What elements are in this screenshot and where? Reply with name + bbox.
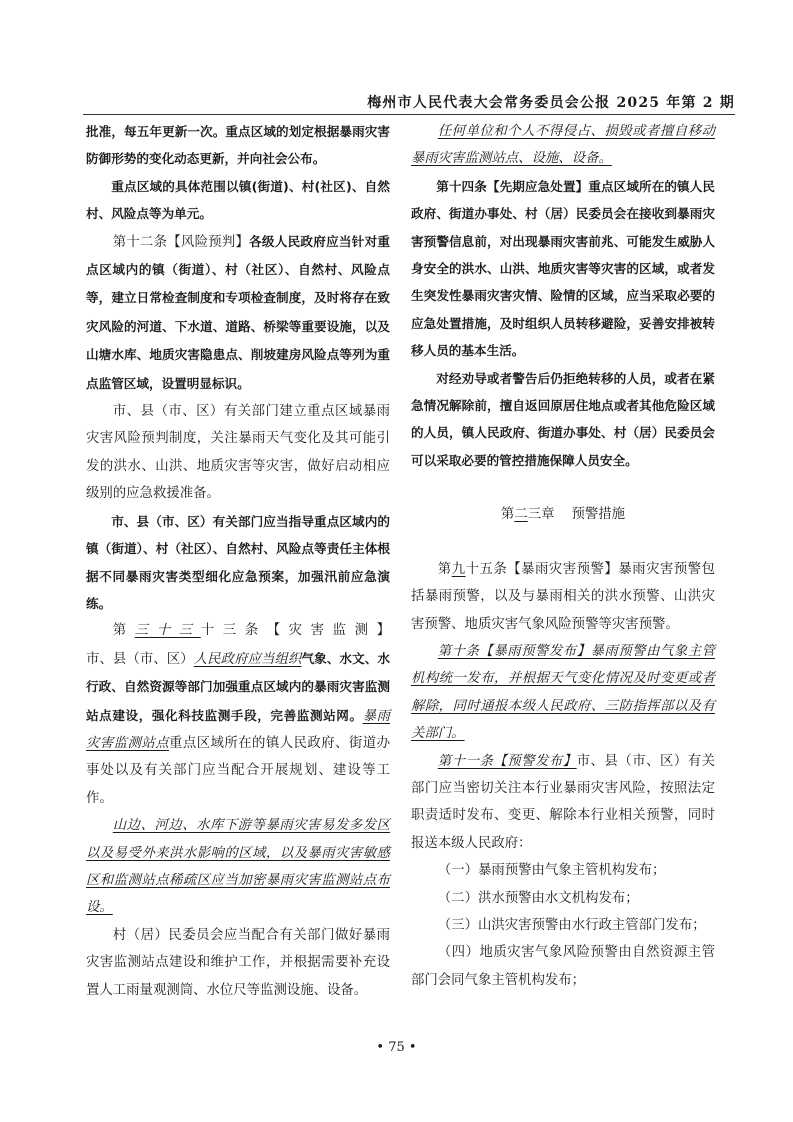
list-item: （二）洪水预警由水文机构发布； xyxy=(411,885,715,912)
inserted-paragraph: 山边、河边、水库下游等暴雨灾害易发多发区以及易受外来洪水影响的区域，以及暴雨灾害… xyxy=(86,812,390,922)
chapter-number: 三章 xyxy=(528,507,555,522)
article-text: 各级人民政府应当针对重点区域内的镇（街道）、村（社区）、自然村、风险点等，建立日… xyxy=(86,234,390,391)
list-item: （一）暴雨预警由气象主管机构发布； xyxy=(411,857,715,884)
inserted-paragraph: 第十条【暴雨预警发布】暴雨预警由气象主管机构统一发布，并根据天气变化情况及时变更… xyxy=(411,638,715,748)
article-14: 第十四条【先期应急处置】重点区域所在的镇人民政府、街道办事处、村（居）民委员会在… xyxy=(411,173,715,365)
paragraph: 市、县（市、区）有关部门建立重点区域暴雨灾害风险预判制度，关注暴雨天气变化及其可… xyxy=(86,398,390,508)
article-13: 第三十三十三条【灾害监测】市、县（市、区）人民政府应当组织气象、水文、水行政、自… xyxy=(86,617,390,812)
page-number: • 75 • xyxy=(0,1040,793,1055)
left-column: 批准，每五年更新一次。重点区域的划定根据暴雨灾害防御形势的变化动态更新，并向社会… xyxy=(86,118,390,1004)
article-15: 第九十五条【暴雨灾害预警】暴雨灾害预警包括暴雨预警，以及与暴雨相关的洪水预警、山… xyxy=(411,556,715,638)
list-item: （三）山洪灾害预警由水行政主管部门发布； xyxy=(411,912,715,939)
header-title: 梅州市人民代表大会常务委员会公报 2025 年第 2 期 xyxy=(367,95,735,111)
chapter-prefix: 第 xyxy=(501,507,514,522)
article-number: 十五条 xyxy=(466,562,508,577)
running-header: 梅州市人民代表大会常务委员会公报 2025 年第 2 期 xyxy=(83,92,735,115)
article-number: 十三条 xyxy=(201,623,267,638)
paragraph: 批准，每五年更新一次。重点区域的划定根据暴雨灾害防御形势的变化动态更新，并向社会… xyxy=(86,118,390,173)
revised-number: 九 xyxy=(452,562,466,577)
inserted-text: 第十一条【预警发布】 xyxy=(438,754,577,769)
article-title: 【灾害监测】 xyxy=(267,623,390,638)
article-text: 市、县（市、区） xyxy=(86,652,194,667)
inserted-text: 人民政府应当组织 xyxy=(194,652,302,667)
article-heading: 第十二条【风险预判】 xyxy=(113,235,249,250)
paragraph: 重点区域的具体范围以镇(街道)、村(社区)、自然村、风险点等为单元。 xyxy=(86,173,390,228)
list-item: （四）地质灾害气象风险预警由自然资源主管部门会同气象主管机构发布； xyxy=(411,939,715,994)
article-prefix: 第 xyxy=(113,623,135,638)
article-11: 第十一条【预警发布】市、县（市、区）有关部门应当密切关注本行业暴雨灾害风险，按照… xyxy=(411,748,715,858)
paragraph: 对经劝导或者警告后仍拒绝转移的人员，或者在紧急情况解除前，擅自返回原居住地点或者… xyxy=(411,365,715,475)
chapter-title: 预警措施 xyxy=(572,507,626,522)
right-column: 任何单位和个人不得侵占、损毁或者擅自移动暴雨灾害监测站点、设施、设备。 第十四条… xyxy=(411,118,715,994)
article-title: 【暴雨灾害预警】 xyxy=(507,562,618,577)
revised-number: 二 xyxy=(514,507,527,522)
chapter-heading: 第二三章 预警措施 xyxy=(411,501,715,528)
inserted-paragraph: 任何单位和个人不得侵占、损毁或者擅自移动暴雨灾害监测站点、设施、设备。 xyxy=(411,118,715,173)
article-12: 第十二条【风险预判】各级人民政府应当针对重点区域内的镇（街道）、村（社区）、自然… xyxy=(86,228,390,398)
article-heading: 第十四条【先期应急处置】 xyxy=(436,179,588,194)
article-prefix: 第 xyxy=(438,562,452,577)
revised-number: 三十三 xyxy=(135,623,201,638)
paragraph: 村（居）民委员会应当配合有关部门做好暴雨灾害监测站点建设和维护工作，并根据需要补… xyxy=(86,922,390,1004)
paragraph: 市、县（市、区）有关部门应当指导重点区域内的镇（街道）、村（社区）、自然村、风险… xyxy=(86,508,390,618)
article-text: 重点区域所在的镇人民政府、街道办事处、村（居）民委员会在接收到暴雨灾害预警信息前… xyxy=(411,179,715,358)
